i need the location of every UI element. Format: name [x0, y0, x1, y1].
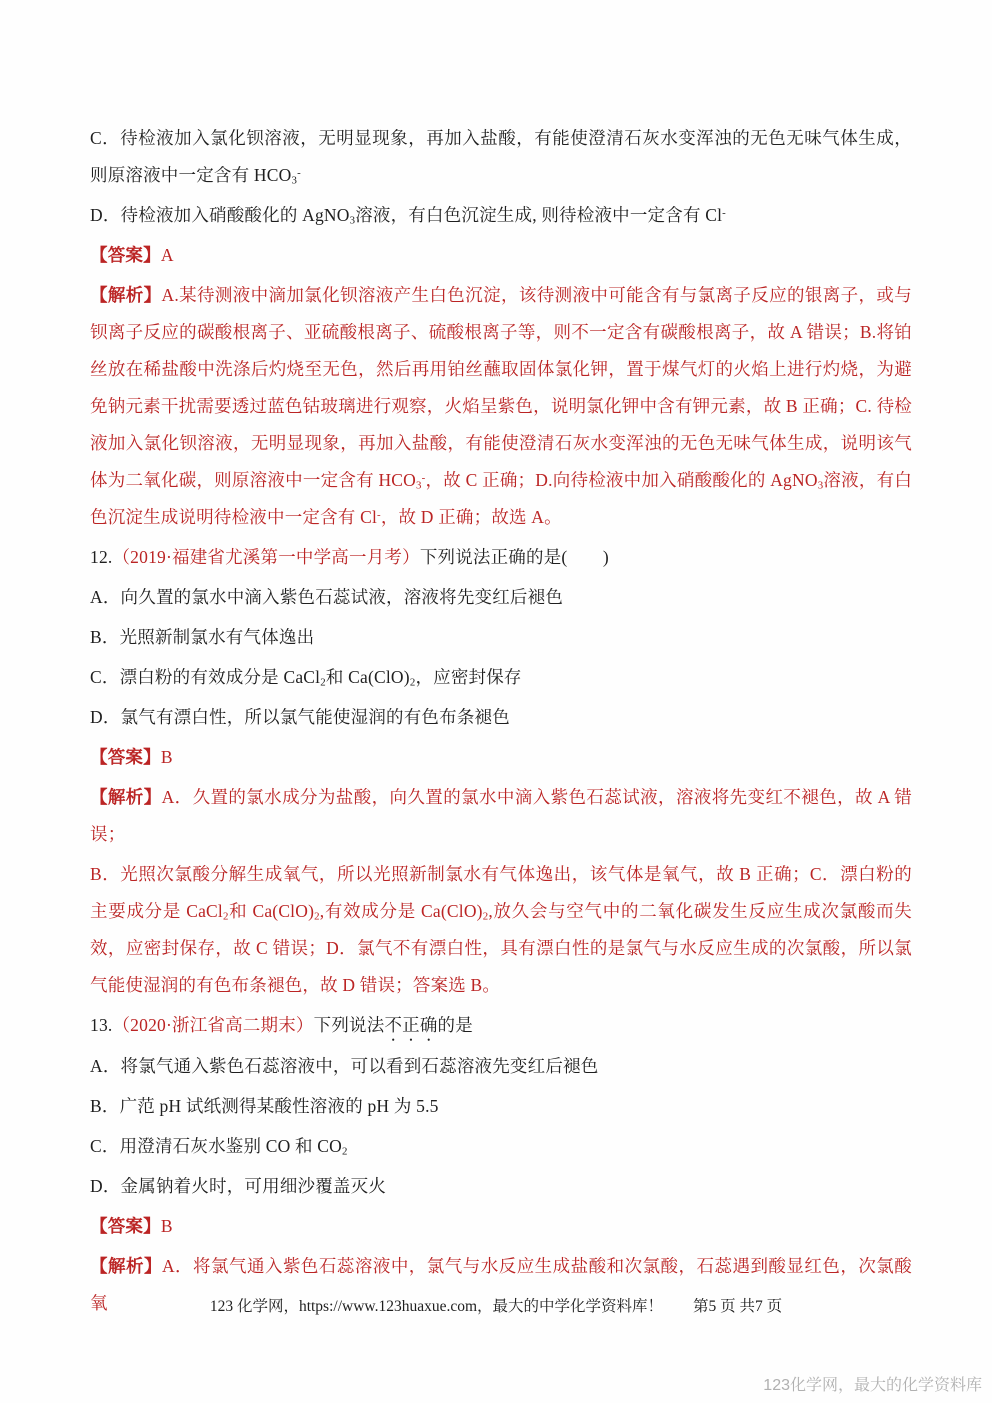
- text-run: C．待检液加入氯化钡溶液，无明显现象，再加入盐酸，有能使澄清石灰水变浑浊的无色无…: [90, 128, 912, 185]
- text-run: A: [161, 245, 174, 265]
- q12-option-c: C．漂白粉的有效成分是 CaCl2和 Ca(ClO)2，应密封保存: [90, 659, 912, 696]
- q13-stem: 13.（2020·浙江省高二期末）下列说法不正确的是: [90, 1007, 912, 1045]
- text-run: ，故 D 正确；故选 A。: [381, 507, 562, 527]
- q12-stem: 12.（2019·福建省尤溪第一中学高一月考）下列说法正确的是( ): [90, 539, 912, 576]
- text-run: 【答案】: [90, 245, 161, 265]
- q12-option-d: D．氯气有漂白性，所以氯气能使湿润的有色布条褪色: [90, 699, 912, 736]
- text-run: 下列说法正确的是( ): [420, 547, 609, 567]
- text-run: A．久置的氯水成分为盐酸，向久置的氯水中滴入紫色石蕊试液，溶液将先变红不褪色，故…: [90, 787, 912, 844]
- text-run: B．广范 pH 试纸测得某酸性溶液的 pH 为 5.5: [90, 1096, 439, 1116]
- q11-answer: 【答案】A: [90, 237, 912, 274]
- text-run: 【答案】: [90, 1216, 161, 1236]
- text-run: ，故 C 正确；D.向待检液中加入硝酸酸化的 AgNO: [425, 470, 817, 490]
- text-run: D．金属钠着火时，可用细沙覆盖灭火: [90, 1176, 386, 1196]
- footer-site-line: 123 化学网，https://www.123huaxue.com，最大的中学化…: [210, 1298, 663, 1315]
- watermark: 123化学网，最大的化学资料库: [763, 1372, 982, 1395]
- text-run: A.某待测液中滴加氯化钡溶液产生白色沉淀，该待测液中可能含有与氯离子反应的银离子…: [90, 285, 912, 490]
- document-page: C．待检液加入氯化钡溶液，无明显现象，再加入盐酸，有能使澄清石灰水变浑浊的无色无…: [0, 0, 992, 1403]
- text-run: -: [722, 207, 726, 219]
- text-run: C．漂白粉的有效成分是 CaCl: [90, 667, 320, 687]
- text-run: 和 Ca(ClO): [326, 667, 410, 687]
- text-run: 2: [342, 1146, 348, 1158]
- text-run: 溶液，有白色沉淀生成, 则待检液中一定含有 Cl: [355, 205, 722, 225]
- q12-analysis-2: B．光照次氯酸分解生成氧气，所以光照新制氯水有气体逸出，该气体是氧气，故 B 正…: [90, 856, 912, 1004]
- text-run: 【解析】: [90, 1256, 162, 1276]
- q11-option-c: C．待检液加入氯化钡溶液，无明显现象，再加入盐酸，有能使澄清石灰水变浑浊的无色无…: [90, 120, 912, 194]
- q12-option-a: A．向久置的氯水中滴入紫色石蕊试液，溶液将先变红后褪色: [90, 579, 912, 616]
- q12-answer: 【答案】B: [90, 739, 912, 776]
- footer-page-number: 第5 页 共7 页: [693, 1298, 782, 1315]
- text-run: 【解析】: [90, 285, 162, 305]
- text-run: 12.: [90, 547, 112, 567]
- text-run: 不正确: [384, 1015, 437, 1035]
- document-body: C．待检液加入氯化钡溶液，无明显现象，再加入盐酸，有能使澄清石灰水变浑浊的无色无…: [90, 120, 912, 1325]
- text-run: A．将氯气通入紫色石蕊溶液中，可以看到石蕊溶液先变红后褪色: [90, 1056, 598, 1076]
- text-run: D．氯气有漂白性，所以氯气能使湿润的有色布条褪色: [90, 707, 510, 727]
- text-run: 【解析】: [90, 787, 162, 807]
- text-run: 下列说法: [314, 1015, 385, 1035]
- q11-analysis: 【解析】A.某待测液中滴加氯化钡溶液产生白色沉淀，该待测液中可能含有与氯离子反应…: [90, 277, 912, 536]
- text-run: 13.: [90, 1015, 112, 1035]
- text-run: C．用澄清石灰水鉴别 CO 和 CO: [90, 1136, 342, 1156]
- q12-analysis-1: 【解析】A．久置的氯水成分为盐酸，向久置的氯水中滴入紫色石蕊试液，溶液将先变红不…: [90, 779, 912, 853]
- q11-option-d: D．待检液加入硝酸酸化的 AgNO3溶液，有白色沉淀生成, 则待检液中一定含有 …: [90, 197, 912, 234]
- text-run: D．待检液加入硝酸酸化的 AgNO: [90, 205, 350, 225]
- q13-option-c: C．用澄清石灰水鉴别 CO 和 CO2: [90, 1128, 912, 1165]
- q12-option-b: B．光照新制氯水有气体逸出: [90, 619, 912, 656]
- text-run: B: [161, 1216, 173, 1236]
- text-run: （2019·福建省尤溪第一中学高一月考）: [112, 547, 419, 567]
- text-run: B: [161, 747, 173, 767]
- text-run: 的是: [438, 1015, 473, 1035]
- text-run: ，应密封保存: [415, 667, 521, 687]
- text-run: ,有效成分是 Ca(ClO): [320, 901, 483, 921]
- text-run: -: [297, 167, 301, 179]
- text-run: A．向久置的氯水中滴入紫色石蕊试液，溶液将先变红后褪色: [90, 587, 563, 607]
- text-run: B．光照新制氯水有气体逸出: [90, 627, 314, 647]
- q13-option-b: B．广范 pH 试纸测得某酸性溶液的 pH 为 5.5: [90, 1088, 912, 1125]
- q13-option-d: D．金属钠着火时，可用细沙覆盖灭火: [90, 1168, 912, 1205]
- q13-option-a: A．将氯气通入紫色石蕊溶液中，可以看到石蕊溶液先变红后褪色: [90, 1048, 912, 1085]
- page-footer: 123 化学网，https://www.123huaxue.com，最大的中学化…: [0, 1294, 992, 1316]
- text-run: 【答案】: [90, 747, 161, 767]
- text-run: 和 Ca(ClO): [229, 901, 315, 921]
- q13-answer: 【答案】B: [90, 1208, 912, 1245]
- text-run: （2020·浙江省高二期末）: [112, 1015, 313, 1035]
